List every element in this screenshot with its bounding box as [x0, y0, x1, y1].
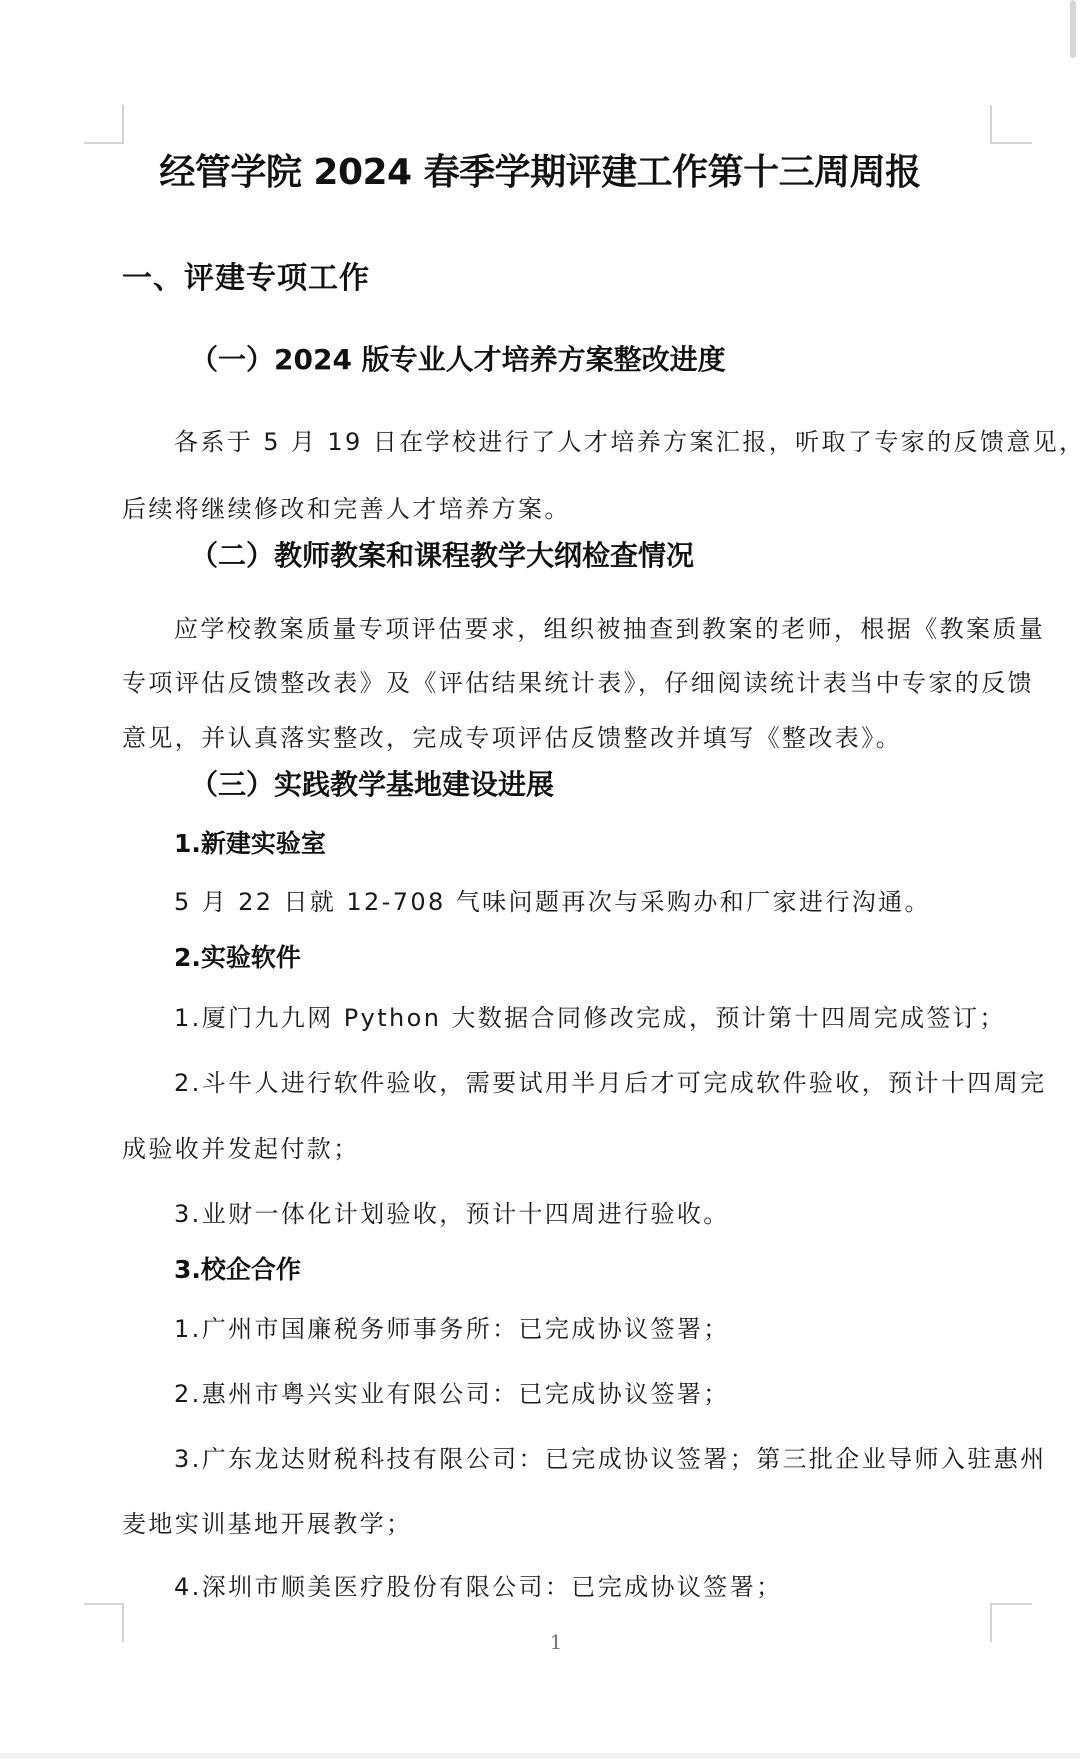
document-title: 经管学院 2024 春季学期评建工作第十三周周报 [0, 155, 1080, 191]
list-line: 成验收并发起付款； [122, 1137, 360, 1161]
item-heading-school-enterprise: 3.校企合作 [174, 1257, 301, 1282]
paragraph-line: 专项评估反馈整改表》及《评估结果统计表》，仔细阅读统计表当中专家的反馈 [122, 671, 1034, 695]
item-heading-new-lab: 1.新建实验室 [174, 831, 326, 856]
paragraph-line: 各系于 5 月 19 日在学校进行了人才培养方案汇报，听取了专家的反馈意见， [174, 430, 1080, 454]
subsection-heading-2: （二）教师教案和课程教学大纲检查情况 [190, 542, 694, 570]
page-separator [0, 1753, 1080, 1759]
item-heading-software: 2.实验软件 [174, 945, 301, 970]
subsection-heading-1: （一）2024 版专业人才培养方案整改进度 [190, 346, 726, 374]
list-line: 3.业财一体化计划验收，预计十四周进行验收。 [174, 1202, 730, 1226]
section-heading-1: 一、评建专项工作 [122, 264, 370, 294]
list-line: 3.广东龙达财税科技有限公司：已完成协议签署；第三批企业导师入驻惠州 [174, 1447, 1047, 1471]
list-line: 5 月 22 日就 12-708 气味问题再次与采购办和厂家进行沟通。 [174, 890, 931, 914]
list-line: 2.惠州市粤兴实业有限公司：已完成协议签署； [174, 1382, 730, 1406]
list-line: 麦地实训基地开展教学； [122, 1512, 412, 1536]
list-line: 1.厦门九九网 Python 大数据合同修改完成，预计第十四周完成签订； [174, 1006, 1006, 1030]
vertical-scrollbar[interactable] [1070, 0, 1076, 58]
list-line: 4.深圳市顺美医疗股份有限公司：已完成协议签署； [174, 1575, 783, 1599]
list-line: 1.广州市国廉税务师事务所：已完成协议签署； [174, 1317, 730, 1341]
subsection-heading-3: （三）实践教学基地建设进展 [190, 771, 554, 799]
list-line: 2.斗牛人进行软件验收，需要试用半月后才可完成软件验收，预计十四周完 [174, 1071, 1047, 1095]
crop-mark-top-left [84, 105, 124, 144]
paragraph-line: 后续将继续修改和完善人才培养方案。 [122, 497, 571, 521]
paragraph-line: 意见，并认真落实整改，完成专项评估反馈整改并填写《整改表》。 [122, 726, 902, 750]
page-number: 1 [0, 1632, 1080, 1652]
crop-mark-top-right [990, 105, 1032, 144]
paragraph-line: 应学校教案质量专项评估要求，组织被抽查到教案的老师，根据《教案质量 [174, 617, 1045, 641]
document-page: 经管学院 2024 春季学期评建工作第十三周周报 一、评建专项工作 （一）202… [0, 0, 1080, 1753]
